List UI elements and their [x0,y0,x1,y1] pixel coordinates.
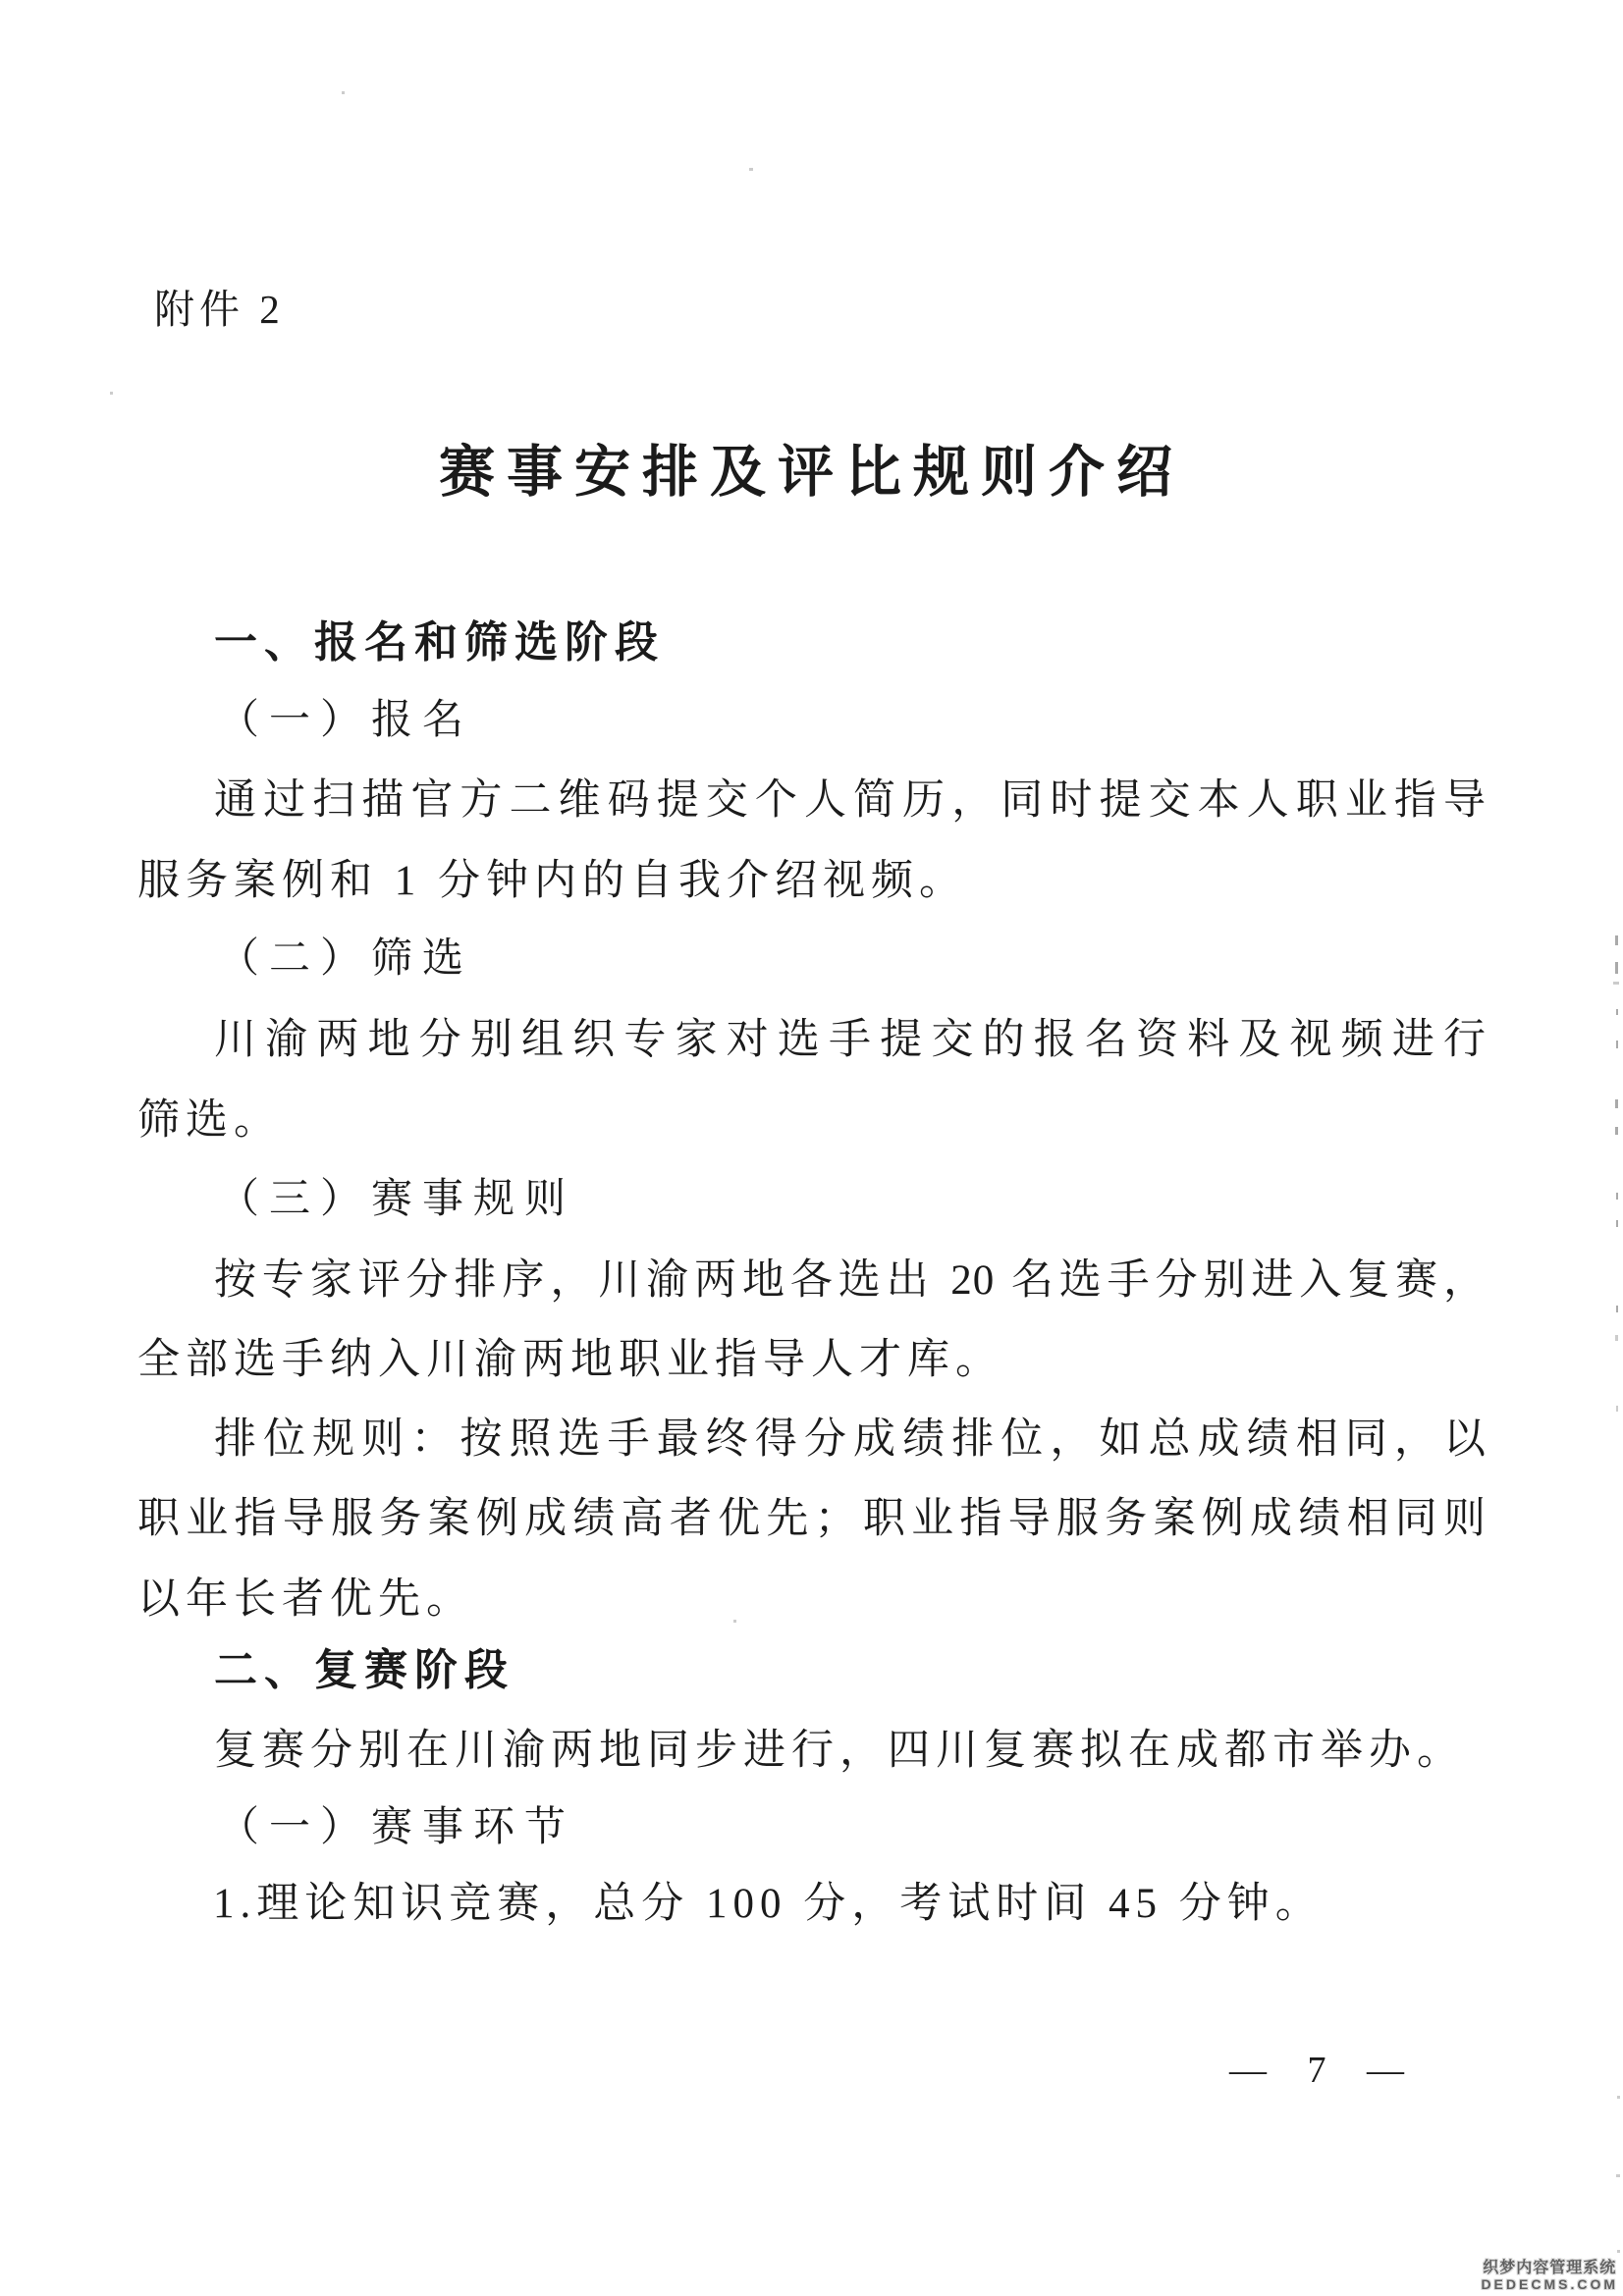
section-1-sub-1-heading: （一）报名 [218,697,473,744]
document-title: 赛事安排及评比规则介绍 [0,441,1623,506]
scan-artifact [733,1620,736,1623]
scan-artifact [1615,1335,1618,1341]
scan-artifact [1616,1306,1618,1312]
attachment-label: 附件 2 [154,287,285,333]
cms-watermark-domain: DEDECMS.COM [1481,2276,1618,2293]
scan-artifact [1617,2250,1620,2253]
scan-artifact [1616,1193,1618,1200]
paragraph-line: 通过扫描官方二维码提交个人简历，同时提交本人职业指导 [214,776,1487,825]
section-2-sub-1-heading: （一）赛事环节 [218,1804,575,1851]
paragraph-line: 服务案例和 1 分钟内的自我介绍视频。 [137,857,967,905]
section-1-sub-2-heading: （二）筛选 [218,935,473,983]
scan-artifact [1616,1406,1618,1412]
paragraph-line: 全部选手纳入川渝两地职业指导人才库。 [137,1336,1003,1384]
paragraph-line: 排位规则：按照选手最终得分成绩排位，如总成绩相同，以 [214,1415,1487,1464]
paragraph-line: 按专家评分排序，川渝两地各选出 20 名选手分别进入复赛， [214,1256,1487,1305]
paragraph-line: 复赛分别在川渝两地同步进行，四川复赛拟在成都市举办。 [214,1727,1465,1775]
section-1-heading: 一、报名和筛选阶段 [214,618,665,668]
scan-artifact [1616,1009,1618,1015]
scan-artifact [1615,935,1618,945]
scan-artifact [1617,2096,1620,2099]
scan-artifact [1615,1099,1618,1108]
paragraph-line: 1.理论知识竞赛，总分 100 分，考试时间 45 分钟。 [213,1880,1324,1928]
paragraph-line: 职业指导服务案例成绩高者优先；职业指导服务案例成绩相同则 [137,1495,1487,1543]
scan-artifact [110,392,113,395]
cms-watermark-text: 织梦内容管理系统 [1481,2260,1618,2277]
scan-artifact [538,1181,541,1183]
cms-watermark: 织梦内容管理系统 DEDECMS.COM [1481,2260,1618,2293]
section-1-sub-3-heading: （三）赛事规则 [218,1176,575,1223]
scan-artifact [1616,2174,1620,2177]
scan-artifact [1616,1220,1618,1227]
paragraph-line: 以年长者优先。 [137,1575,474,1624]
scan-artifact [342,91,345,94]
page-number: — 7 — [1229,2050,1420,2093]
paragraph-line: 筛选。 [137,1096,282,1145]
scan-artifact [1615,962,1618,974]
scan-artifact [1613,982,1619,985]
scan-artifact [749,168,753,171]
paragraph-line: 川渝两地分别组织专家对选手提交的报名资料及视频进行 [214,1016,1487,1064]
scan-artifact [1616,1041,1618,1048]
section-2-heading: 二、复赛阶段 [214,1646,514,1696]
scan-artifact [1615,1127,1618,1135]
scanned-document-page: 附件 2 赛事安排及评比规则介绍 一、报名和筛选阶段 （一）报名 通过扫描官方二… [0,0,1623,2296]
